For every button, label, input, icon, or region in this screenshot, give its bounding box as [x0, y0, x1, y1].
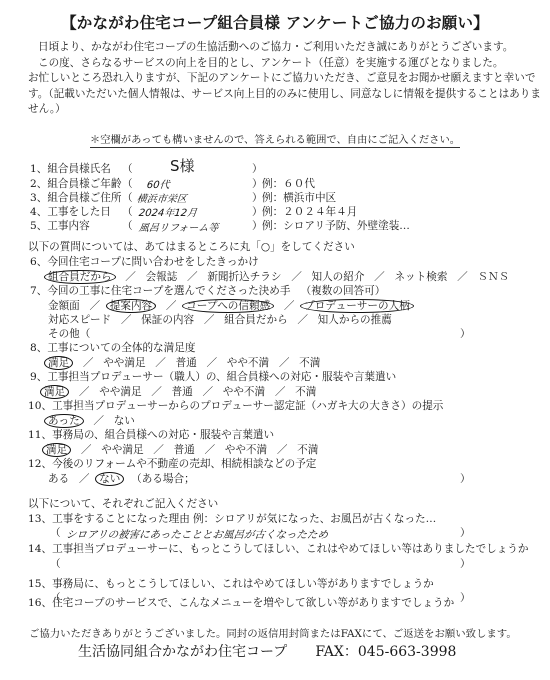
- q12-detail-label: （ある場合；: [131, 473, 195, 485]
- q9-option-somewhat-dissatisfied[interactable]: やや不満: [223, 386, 265, 398]
- q12-option-no[interactable]: ない: [95, 472, 124, 486]
- q7-options-row2: 対応スピード／保証の内容／組合員だから／知人からの推薦: [48, 313, 392, 327]
- q8-options: 満足／やや満足／普通／やや不満／不満: [48, 356, 320, 370]
- q12-options: ある／ない （ある場合；: [48, 472, 195, 486]
- q9-options: 満足／やや満足／普通／やや不満／不満: [44, 385, 316, 399]
- q9-label: 9、工事担当プロデューサー（職人）の、組合員様への対応・服装や言葉遣い: [30, 370, 396, 384]
- field-label-name: 1、組合員様氏名: [30, 162, 111, 176]
- q7-option-speed[interactable]: 対応スピード: [48, 314, 111, 326]
- q9-option-satisfied[interactable]: 満足: [40, 385, 69, 399]
- q8-label: 8、工事についての全体的な満足度: [30, 341, 195, 355]
- intro-line: お忙しいところ恐れ入りますが、下記のアンケートにご協力いただき、ご意見をお聞かせ…: [28, 71, 528, 87]
- q6-option-sns[interactable]: ＳＮＳ: [477, 271, 509, 283]
- q9-option-dissatisfied[interactable]: 不満: [295, 386, 316, 398]
- q6-option-member[interactable]: 組合員だから: [44, 270, 116, 284]
- separator: ／: [146, 356, 176, 370]
- q14-close: ）: [460, 557, 471, 571]
- q7-label-text: 7、今回の工事に住宅コープを選んでくださった決め手: [30, 285, 290, 297]
- q6-option-web-search[interactable]: ネット検索: [394, 271, 447, 283]
- q12-label: 12、今後のリフォームや不動産の売却、相続相談などの予定: [28, 457, 316, 471]
- q7-option-proposal[interactable]: 提案内容: [106, 299, 156, 313]
- q16-label: 16、住宅コープのサービスで、こんなメニューを増やして欲しい等がありますでしょう…: [28, 596, 454, 610]
- blank-ok-note: ＊空欄があっても構いませんので、答えられる範囲で、自由にご記入ください。: [0, 131, 550, 146]
- work-example: 例：シロアリ予防、外壁塗装…: [262, 219, 410, 233]
- q13-example: 例：シロアリが気になった、お風呂が古くなった…: [193, 512, 436, 526]
- separator: ／: [265, 385, 295, 399]
- q7-option-referral[interactable]: 知人からの推薦: [318, 314, 392, 326]
- q8-option-dissatisfied[interactable]: 不満: [299, 357, 320, 369]
- q13-open: （: [50, 526, 61, 540]
- intro-text: 日頃より、かながわ住宅コープの生協活動へのご協力・ご利用いただき誠にありがとうご…: [28, 40, 528, 118]
- q7-label: 7、今回の工事に住宅コープを選んでくださった決め手 （複数の回答可）: [30, 284, 385, 298]
- q12-option-yes[interactable]: ある: [48, 473, 69, 485]
- q6-option-newsletter[interactable]: 会報誌: [146, 271, 178, 283]
- field-label-work: 5、工事内容: [30, 219, 90, 233]
- q7-multi-note: （複数の回答可）: [301, 285, 386, 297]
- date-value[interactable]: 2024年12月: [138, 204, 198, 219]
- q10-option-yes[interactable]: あった: [44, 414, 84, 428]
- q9-option-somewhat-satisfied[interactable]: やや満足: [99, 386, 141, 398]
- q10-label: 10、工事担当プロデューサーからのプロデューサー認定証（ハガキ大の大きさ）の提示: [28, 399, 443, 413]
- q7-option-price[interactable]: 金額面: [48, 300, 80, 312]
- q10-options: あった／ない: [48, 414, 135, 428]
- q11-option-neutral[interactable]: 普通: [174, 444, 195, 456]
- address-example: 例：横浜市中区: [262, 191, 336, 205]
- footer-org: 生活協同組合かながわ住宅コープFAX：045-663-3998: [78, 641, 456, 661]
- name-value[interactable]: S様: [170, 155, 195, 176]
- paren-open: （: [122, 162, 133, 176]
- separator: ／: [269, 356, 299, 370]
- field-label-date: 4、工事をした日: [30, 205, 111, 219]
- separator: ／: [447, 270, 477, 284]
- separator: ／: [193, 385, 223, 399]
- q6-option-referral[interactable]: 知人の紹介: [312, 271, 365, 283]
- separator: ／: [71, 443, 101, 457]
- intro-line: せん。）: [28, 102, 528, 118]
- q7-options-row1: 金額面／提案内容／コープへの信頼感／プロデューサーの人柄: [48, 299, 414, 313]
- separator: ／: [84, 414, 114, 428]
- separator: ／: [142, 385, 172, 399]
- q11-option-dissatisfied[interactable]: 不満: [297, 444, 318, 456]
- separator: ／: [195, 443, 225, 457]
- separator: ／: [364, 270, 394, 284]
- work-value[interactable]: 風呂リフォーム等: [138, 219, 219, 234]
- q11-label: 11、事務局の、組合員様への対応・服装や言葉遣い: [28, 428, 274, 442]
- q8-option-somewhat-satisfied[interactable]: やや満足: [103, 357, 145, 369]
- separator: ／: [282, 270, 312, 284]
- q6-label: 6、今回住宅コープに問い合わせをしたきっかけ: [30, 255, 259, 269]
- separator: ／: [197, 356, 227, 370]
- paren-close: ）: [252, 191, 263, 205]
- paren-open: （: [122, 219, 133, 233]
- separator: ／: [144, 443, 174, 457]
- paren-close: ）: [252, 205, 263, 219]
- footer-thanks: ご協力いただきありがとうございました。同封の返信用封筒またはFAXにて、ご返送を…: [29, 625, 517, 640]
- separator: ／: [111, 313, 141, 327]
- paren-open: （: [122, 191, 133, 205]
- q7-other-label: その他（: [48, 327, 90, 341]
- field-label-address: 3、組合員様ご住所: [30, 191, 122, 205]
- q11-option-somewhat-dissatisfied[interactable]: やや不満: [225, 444, 267, 456]
- intro-line: 日頃より、かながわ住宅コープの生協活動へのご協力・ご利用いただき誠にありがとうご…: [28, 40, 528, 56]
- q6-option-flyer[interactable]: 新聞折込チラシ: [207, 271, 281, 283]
- q10-option-no[interactable]: ない: [114, 415, 135, 427]
- q15-close: ）: [460, 591, 471, 605]
- age-example: 例：６０代: [262, 177, 315, 191]
- q11-options: 満足／やや満足／普通／やや不満／不満: [46, 443, 318, 457]
- intro-line: この度、さらなるサービスの向上を目的とし、アンケート（任意）を実施する運びとなり…: [28, 56, 528, 72]
- q8-option-somewhat-dissatisfied[interactable]: やや不満: [227, 357, 269, 369]
- q6-options: 組合員だから／会報誌／新聞折込チラシ／知人の紹介／ネット検索／ＳＮＳ: [48, 270, 509, 284]
- instruction-circle: 以下の質問については、あてはまるところに丸「○」をしてください: [28, 240, 355, 254]
- q11-option-somewhat-satisfied[interactable]: やや満足: [101, 444, 143, 456]
- paren-open: （: [122, 177, 133, 191]
- q7-other-close: ）: [460, 327, 471, 341]
- q15-label: 15、事務局に、もっとこうしてほしい、これはやめてほしい等がありますでしょうか: [28, 577, 434, 591]
- separator: ／: [194, 313, 224, 327]
- paren-close: ）: [252, 219, 263, 233]
- field-label-age: 2、組合員様ご年齢: [30, 177, 122, 191]
- separator: ／: [116, 270, 146, 284]
- q7-option-trust[interactable]: コープへの信頼感: [182, 299, 274, 313]
- separator: ／: [177, 270, 207, 284]
- separator: ／: [69, 385, 99, 399]
- q7-option-producer-personality[interactable]: プロデューサーの人柄: [300, 299, 414, 313]
- q9-option-neutral[interactable]: 普通: [172, 386, 193, 398]
- date-example: 例：２０２４年４月: [262, 205, 357, 219]
- address-value[interactable]: 横浜市栄区: [136, 190, 188, 205]
- separator: ／: [267, 443, 297, 457]
- q8-option-neutral[interactable]: 普通: [176, 357, 197, 369]
- q11-option-satisfied[interactable]: 満足: [42, 443, 71, 457]
- q14-answer[interactable]: [66, 557, 446, 571]
- q14-open: （: [50, 557, 61, 571]
- separator: ／: [73, 356, 103, 370]
- fax-number: FAX：045-663-3998: [315, 644, 456, 660]
- intro-line: す。（記載いただいた個人情報は、サービス向上目的のみに使用し、同意なしに情報を提…: [28, 87, 528, 103]
- q14-label: 14、工事担当プロデューサーに、もっとこうしてほしい、これはやめてほしい等はあり…: [28, 542, 528, 556]
- separator: ／: [288, 313, 318, 327]
- age-value[interactable]: 60代: [146, 176, 170, 191]
- q13-close: ）: [460, 526, 471, 540]
- instruction-fill: 以下について、それぞれご記入ください: [28, 497, 218, 511]
- q7-option-warranty[interactable]: 保証の内容: [141, 314, 194, 326]
- paren-close: ）: [252, 162, 263, 176]
- q8-option-satisfied[interactable]: 満足: [44, 356, 73, 370]
- q13-label: 13、工事をすることになった理由: [28, 512, 190, 526]
- survey-title: 【かながわ住宅コープ組合員様 アンケートご協力のお願い】: [0, 11, 550, 33]
- q13-answer[interactable]: シロアリの被害にあったこととお風呂が古くなったため: [65, 527, 329, 542]
- q7-option-member[interactable]: 組合員だから: [224, 314, 288, 326]
- org-name: 生活協同組合かながわ住宅コープ: [78, 644, 287, 660]
- paren-open: （: [122, 205, 133, 219]
- q12-detail-close: ）: [460, 472, 471, 486]
- paren-close: ）: [252, 177, 263, 191]
